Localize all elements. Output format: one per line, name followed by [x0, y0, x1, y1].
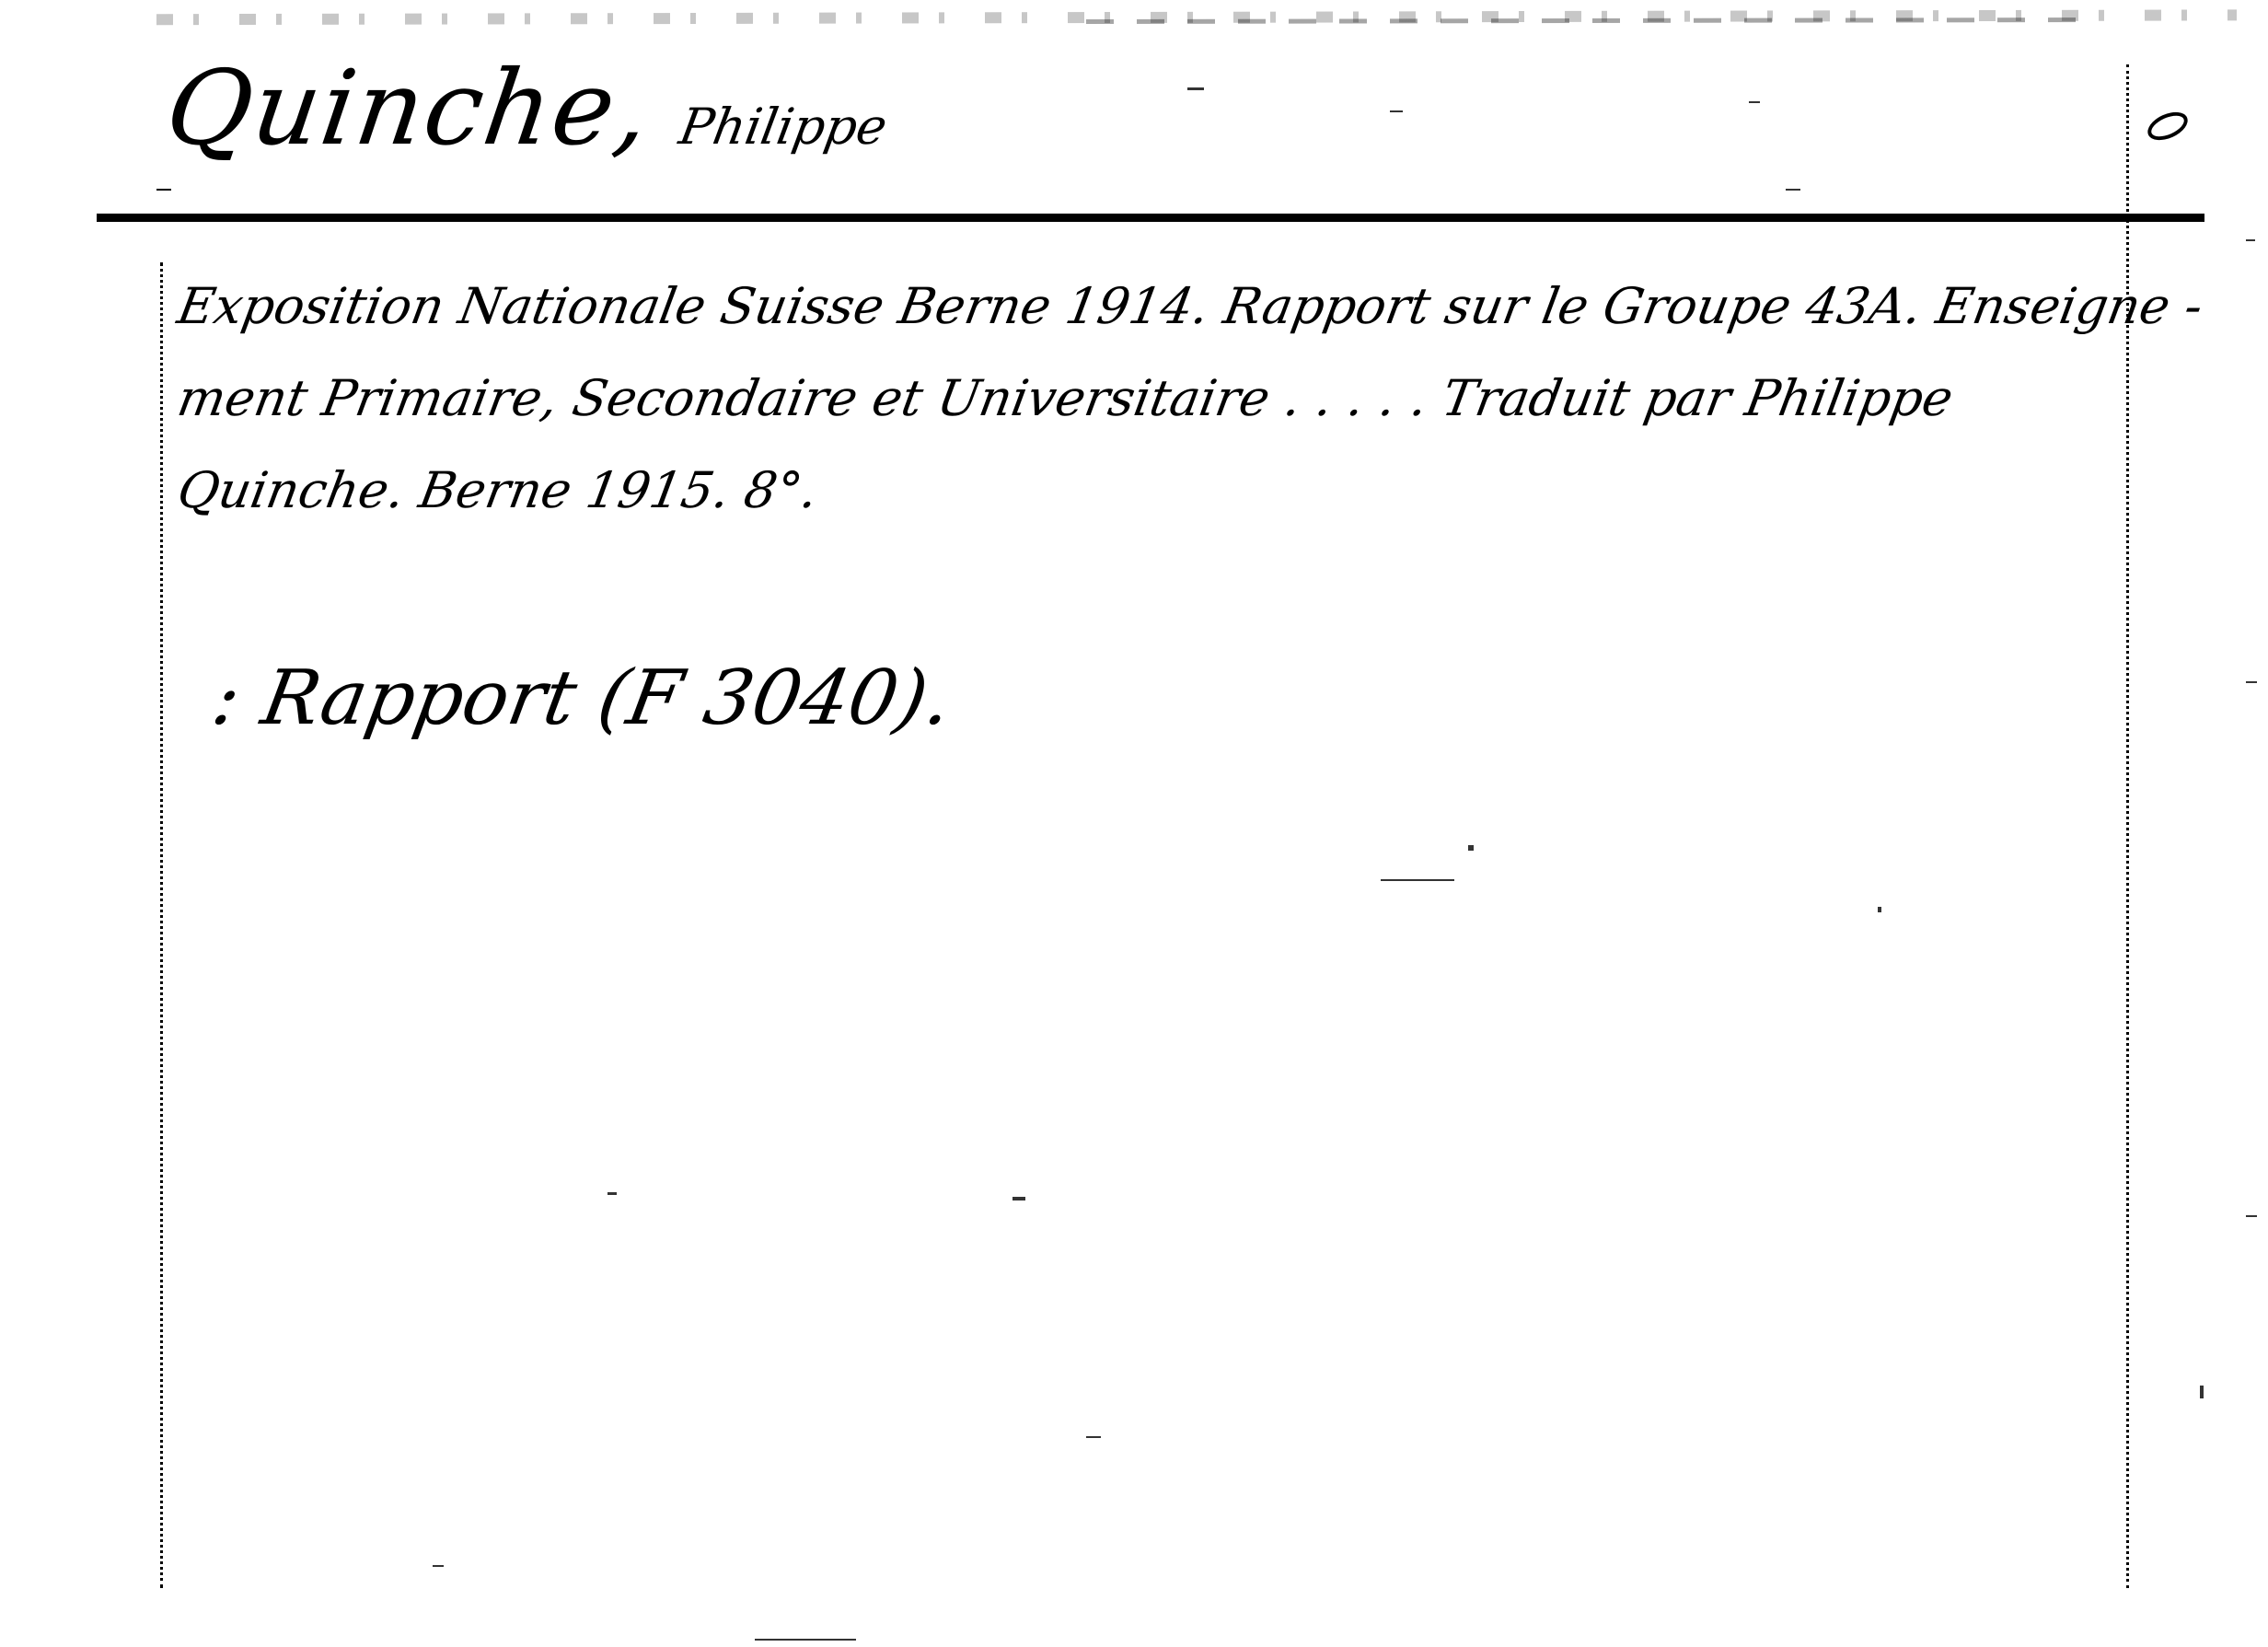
scan-speck [2246, 681, 2257, 683]
heading-given-name: Philippe [675, 98, 891, 156]
scan-speck [1187, 87, 1204, 90]
scan-speck [2200, 1386, 2204, 1398]
corner-circle-mark-icon [2144, 107, 2193, 145]
scan-speck [2246, 239, 2255, 241]
entry-line-2: ment Primaire, Secondaire et Universitai… [170, 353, 2120, 445]
scan-speck [1749, 101, 1760, 103]
entry-line-1: Exposition Nationale Suisse Berne 1914. … [170, 261, 2120, 353]
scan-speck [1390, 110, 1403, 112]
scan-speck [1786, 189, 1800, 191]
scan-speck [607, 1192, 617, 1195]
scan-speck [1086, 1436, 1101, 1438]
catalog-card: Quinche, Philippe Exposition Nationale S… [0, 0, 2268, 1647]
scan-speck [1012, 1197, 1025, 1200]
scan-speck [1468, 845, 1474, 851]
heading-surname: Quinche, [160, 57, 657, 160]
card-heading: Quinche, Philippe [168, 57, 886, 160]
heading-rule [97, 214, 2204, 222]
bibliographic-entry: Exposition Nationale Suisse Berne 1914. … [170, 261, 2103, 537]
heading-tick-mark [156, 189, 171, 191]
entry-line-3: Quinche. Berne 1915. 8°. [170, 445, 2120, 537]
left-margin-dotted-line [160, 262, 163, 1588]
scan-speck [1381, 879, 1454, 881]
scan-speck [1878, 907, 1881, 912]
scan-speck [433, 1565, 444, 1567]
scan-speck [755, 1639, 856, 1641]
shelf-reference-note: : Rapport (F 3040). [207, 661, 957, 737]
scan-speck [2246, 1215, 2257, 1217]
